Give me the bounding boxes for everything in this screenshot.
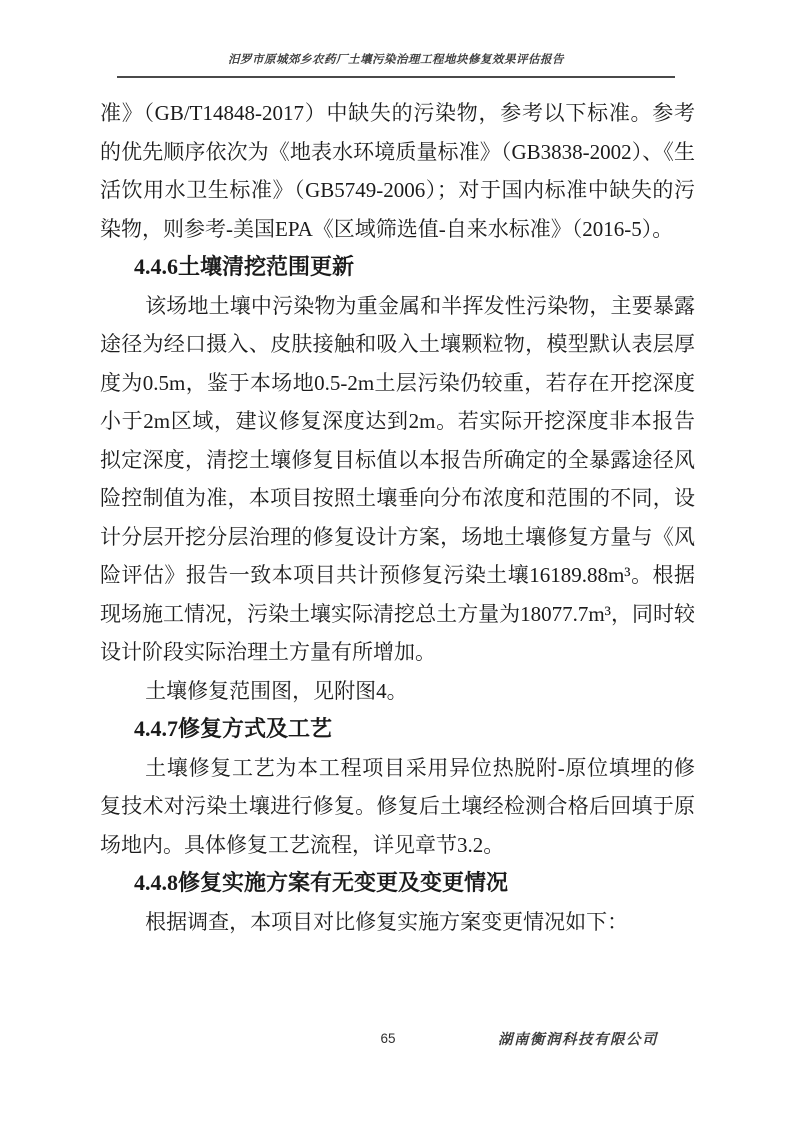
page-header: 汨罗市原城郊乡农药厂土壤污染治理工程地块修复效果评估报告	[117, 52, 675, 78]
paragraph-repair-process: 土壤修复工艺为本工程项目采用异位热脱附-原位填埋的修复技术对污染土壤进行修复。修…	[100, 749, 695, 865]
paragraph-standards-continuation: 准》（GB/T14848-2017）中缺失的污染物，参考以下标准。参考的优先顺序…	[100, 94, 695, 248]
header-divider	[117, 76, 675, 78]
paragraph-excavation-scope: 该场地土壤中污染物为重金属和半挥发性污染物，主要暴露途径为经口摄入、皮肤接触和吸…	[100, 287, 695, 672]
section-heading-4-4-7: 4.4.7修复方式及工艺	[100, 710, 695, 749]
page-header-title: 汨罗市原城郊乡农药厂土壤污染治理工程地块修复效果评估报告	[117, 52, 675, 68]
section-heading-4-4-6: 4.4.6土壤清挖范围更新	[100, 248, 695, 287]
footer-company-name: 湖南衡润科技有限公司	[498, 1028, 658, 1049]
paragraph-plan-changes: 根据调查，本项目对比修复实施方案变更情况如下：	[100, 903, 695, 942]
document-body: 准》（GB/T14848-2017）中缺失的污染物，参考以下标准。参考的优先顺序…	[100, 94, 695, 941]
paragraph-repair-map-note: 土壤修复范围图，见附图4。	[100, 672, 695, 711]
document-page: 汨罗市原城郊乡农药厂土壤污染治理工程地块修复效果评估报告 准》（GB/T1484…	[0, 0, 793, 1122]
section-heading-4-4-8: 4.4.8修复实施方案有无变更及变更情况	[100, 864, 695, 903]
